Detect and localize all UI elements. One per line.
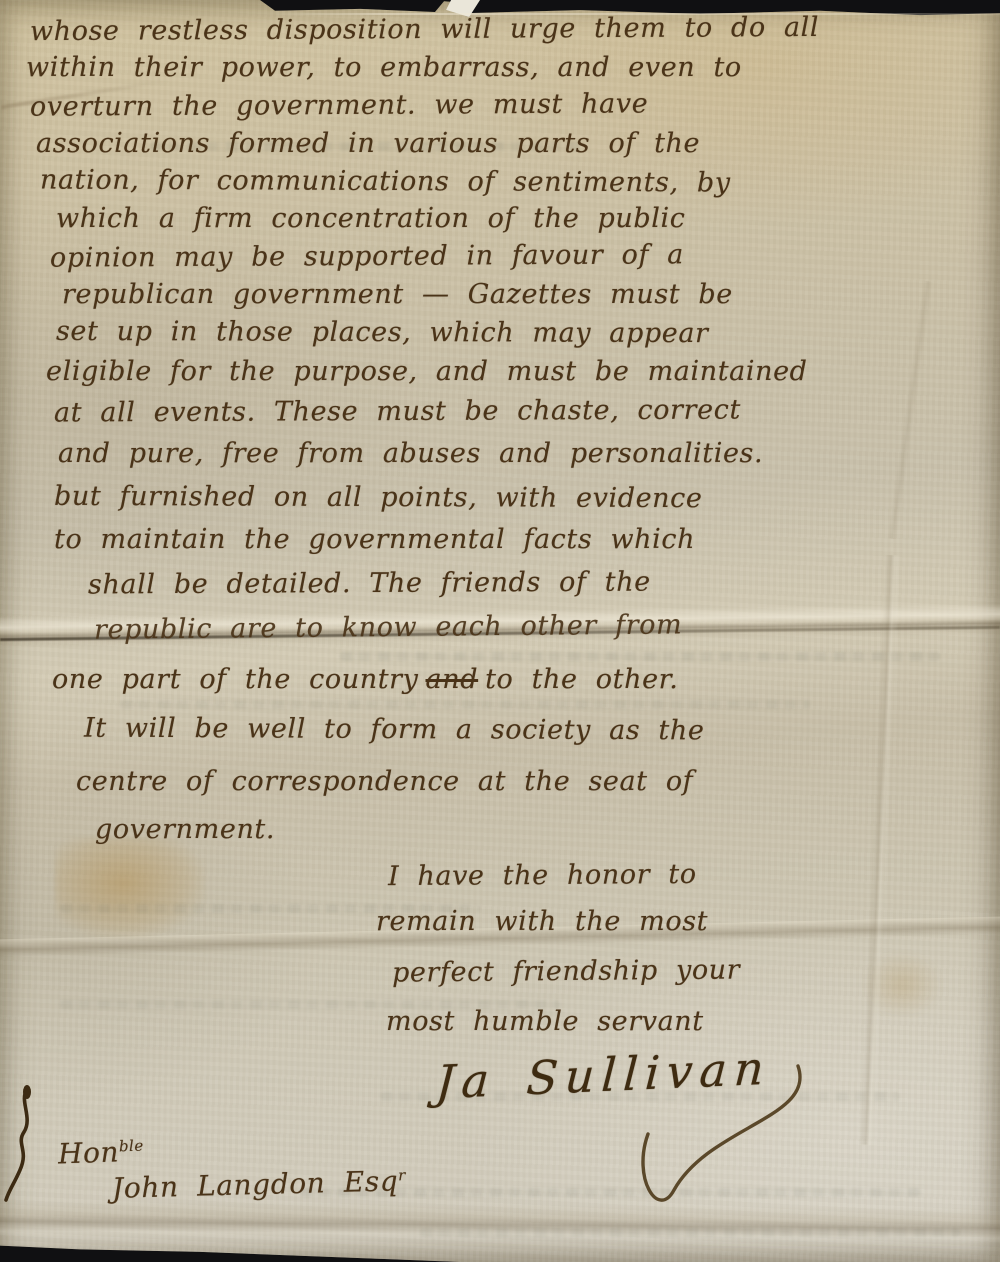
letter-line: whose restless disposition will urge the…	[30, 12, 819, 47]
bleed-through-texture	[340, 652, 940, 661]
paper-stain	[55, 838, 205, 938]
fold-crease	[0, 1200, 1000, 1243]
letter-line: associations formed in various parts of …	[36, 128, 700, 159]
addressee-superscript: r	[398, 1166, 406, 1184]
closing-line: I have the honor to	[388, 859, 697, 892]
ink-mark	[1, 1084, 45, 1208]
letter-line: centre of correspondence at the seat of	[76, 766, 693, 797]
letter-line: and pure, free from abuses and personali…	[58, 438, 763, 469]
torn-edge-highlight	[275, 13, 1000, 15]
signature-flourish	[380, 1030, 840, 1205]
letter-line: It will be well to form a society as the	[84, 713, 705, 747]
honorific-superscript: ble	[119, 1137, 144, 1156]
letter-line: government.	[95, 814, 275, 845]
bleed-through-texture	[120, 700, 810, 709]
closing-line: perfect friendship your	[392, 954, 740, 988]
letter-line: at all events. These must be chaste, cor…	[54, 395, 741, 429]
letter-line: set up in those places, which may appear	[56, 316, 709, 349]
letter-line: opinion may be supported in favour of a	[50, 239, 684, 273]
line-segment: to the other.	[485, 664, 678, 695]
paper-stain	[862, 952, 942, 1018]
letter-line: nation, for communications of sentiments…	[40, 164, 731, 198]
addressee-name: John Langdon Esqr	[112, 1164, 407, 1205]
closing-line: remain with the most	[376, 906, 708, 937]
letter-line: but furnished on all points, with eviden…	[54, 481, 703, 514]
letter-line: republican government — Gazettes must be	[62, 279, 733, 310]
letter-line: to maintain the governmental facts which	[54, 524, 695, 555]
letter-line: republic are to know each other from	[94, 609, 683, 645]
fold-crease	[887, 281, 933, 540]
line-segment: one part of the country	[52, 664, 419, 695]
addressee-base: John Langdon Esq	[112, 1164, 399, 1204]
letter-page: whose restless disposition will urge the…	[0, 0, 1000, 1262]
document-scan: whose restless disposition will urge the…	[0, 0, 1000, 1262]
letter-line: one part of the countryandto the other.	[52, 664, 678, 695]
letter-line: which a firm concentration of the public	[56, 203, 685, 234]
letter-line: shall be detailed. The friends of the	[88, 567, 651, 601]
letter-line: within their power, to embarrass, and ev…	[26, 52, 742, 83]
letter-line: overturn the government. we must have	[30, 88, 648, 122]
honorific-base: Hon	[57, 1135, 119, 1170]
struck-word: and	[426, 664, 479, 695]
bleed-through-texture	[420, 1228, 960, 1237]
fold-crease	[859, 555, 901, 1145]
addressee-honorific: Honble	[57, 1135, 144, 1171]
letter-line: eligible for the purpose, and must be ma…	[46, 356, 808, 387]
